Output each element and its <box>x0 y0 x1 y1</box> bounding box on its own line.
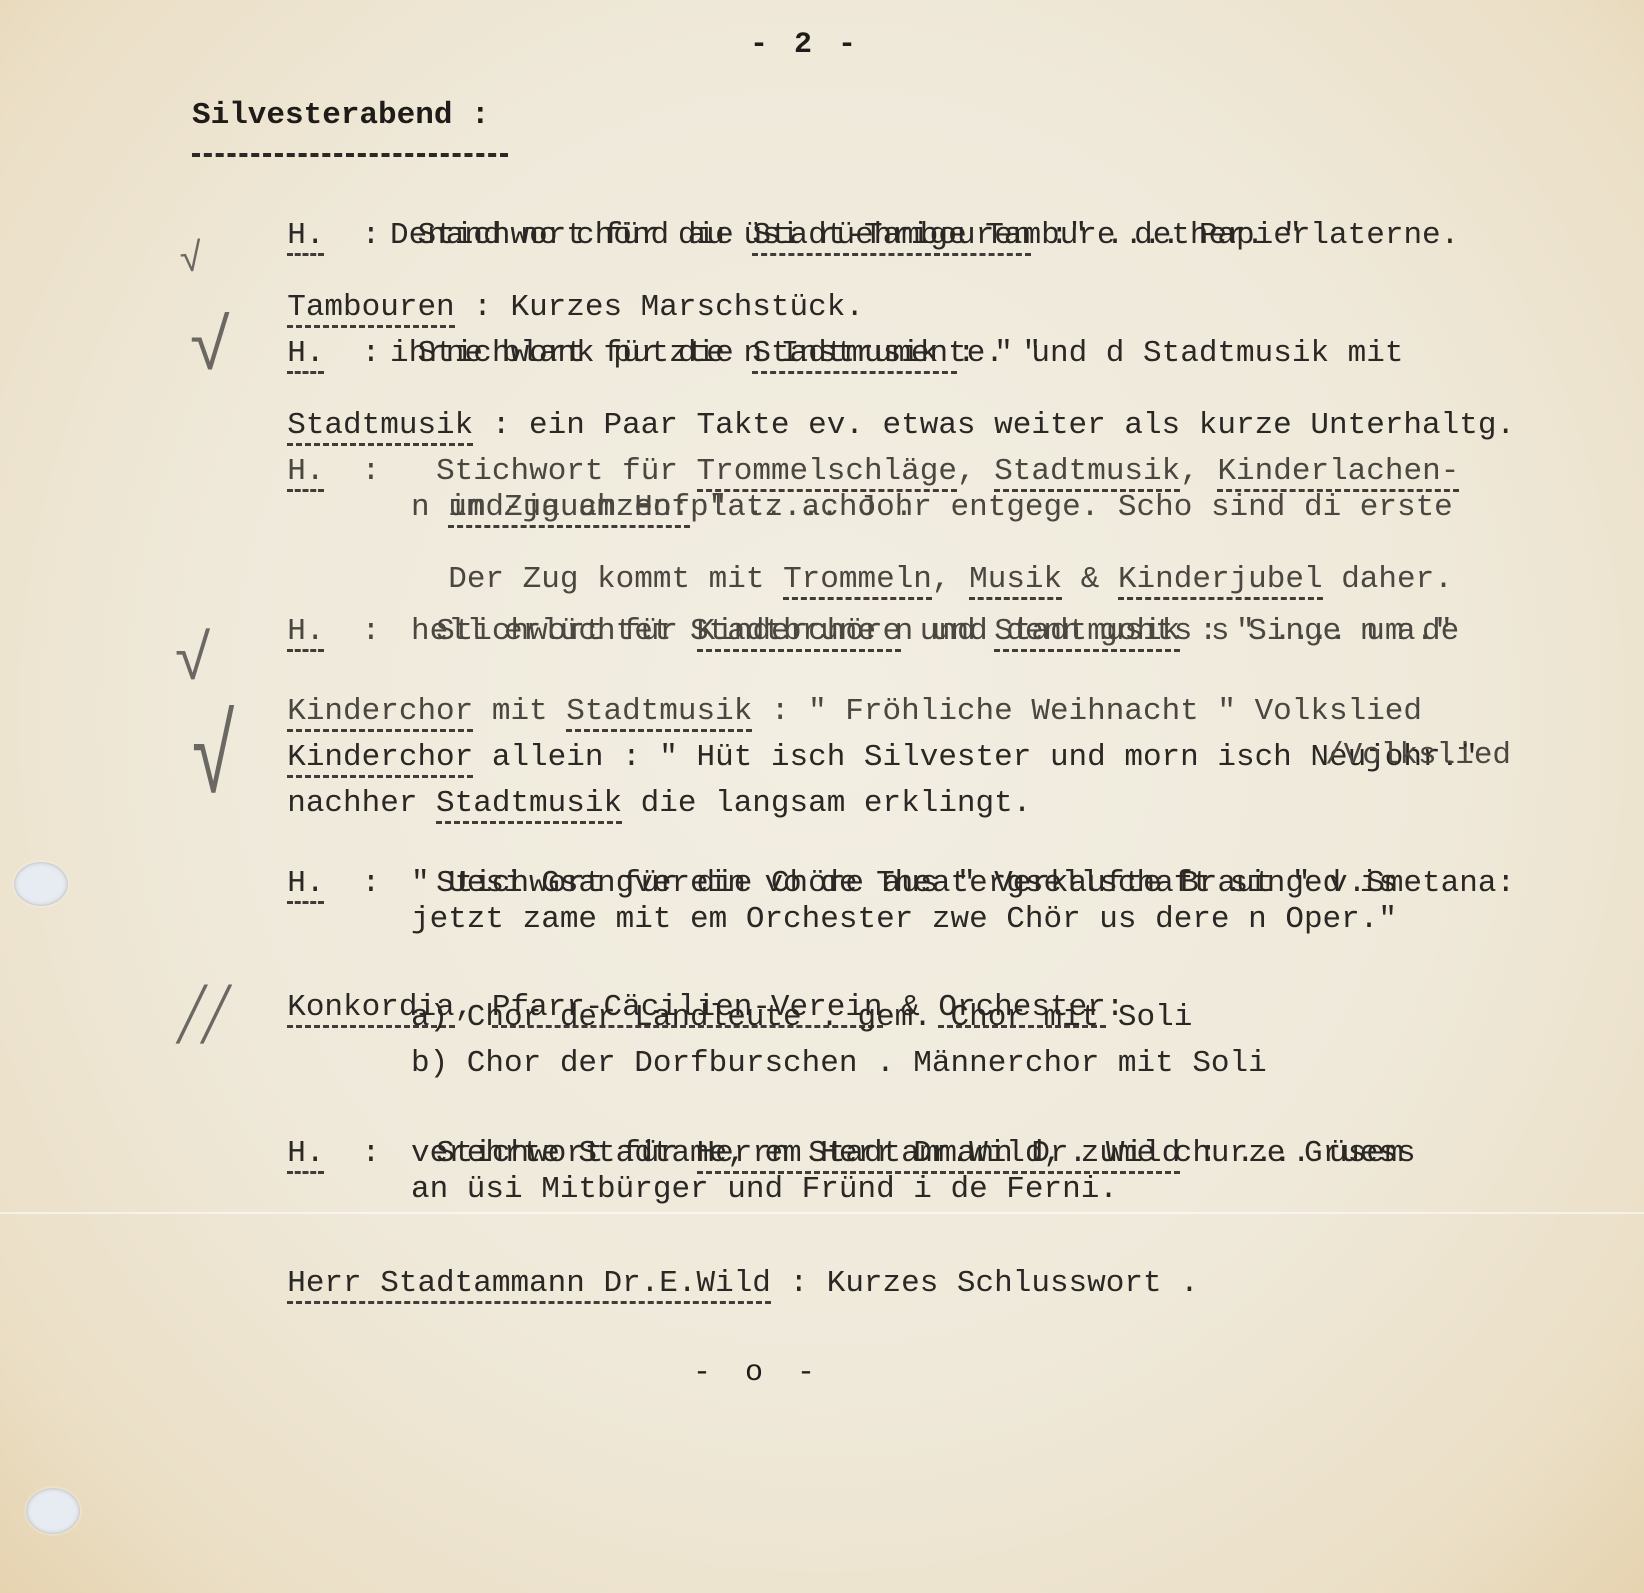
punch-hole <box>26 1488 80 1534</box>
heading-underline <box>192 153 508 157</box>
program-item: b) Chor der Dorfburschen . Männerchor mi… <box>411 1046 1267 1082</box>
separator: : <box>362 614 381 649</box>
program-item: a) Chor der Landleute . gem. Chor mit So… <box>411 1000 1192 1036</box>
performer-label: Stadtmusik <box>436 786 622 824</box>
check-mark-icon: √ <box>192 690 234 818</box>
speaker-label: H. <box>287 454 324 492</box>
cue-continuation: an üsi Mitbürger und Fründ i de Ferni. <box>411 1172 1118 1208</box>
performance-text: nachher <box>287 786 436 821</box>
separator: : <box>362 454 381 489</box>
performer-line: nachher Stadtmusik die langsam erklingt. <box>250 750 1031 822</box>
speaker-label: H. <box>287 614 324 652</box>
speaker-label: H. <box>287 336 324 374</box>
performer-line: Herr Stadtammann Dr.E.Wild : Kurzes Schl… <box>250 1230 1199 1302</box>
check-mark-icon: √ <box>190 302 230 386</box>
check-mark-icon: √ <box>175 620 210 695</box>
performance-text: : Kurzes Schlusswort . <box>771 1266 1199 1301</box>
separator: : <box>362 218 381 253</box>
cue-continuation: n im Zug am Hofplatz acho . <box>411 490 913 526</box>
section-heading: Silvesterabend : <box>192 98 490 133</box>
annotation-note: /Volkslied <box>1325 738 1511 774</box>
performance-text: die langsam erklingt. <box>622 786 1031 821</box>
page-number: - 2 - <box>750 28 860 62</box>
separator: : <box>362 336 381 371</box>
paper-crease <box>0 1212 1644 1214</box>
separator: : <box>362 866 381 901</box>
cue-continuation: Denand no chönd au üsi rüehrige Tambure … <box>390 218 1302 254</box>
separator: : <box>362 1136 381 1171</box>
cue-continuation: ihrne blank putzte n Instrumente. " <box>390 336 1041 372</box>
double-stroke-icon: // <box>173 970 236 1054</box>
check-mark-icon: √ <box>178 234 204 282</box>
speaker-label: H. <box>287 1136 324 1174</box>
performer-label: Herr Stadtammann Dr.E.Wild <box>287 1266 771 1304</box>
cue-continuation: jetzt zame mit em Orchester zwe Chör us … <box>411 902 1397 938</box>
cue-continuation: verehrte Stadtame, em Herr Dr.Wild, zume… <box>411 1136 1416 1172</box>
end-mark: - o - <box>693 1356 823 1390</box>
speaker-label: H. <box>287 866 324 904</box>
speaker-label: H. <box>287 218 324 256</box>
cue-continuation: hell erlüchtet Stadtbrune n und denn goh… <box>411 614 1453 650</box>
punch-hole <box>14 862 68 906</box>
cue-continuation: " Uesi Gsangverein vo de Theatergsellsch… <box>411 866 1397 902</box>
